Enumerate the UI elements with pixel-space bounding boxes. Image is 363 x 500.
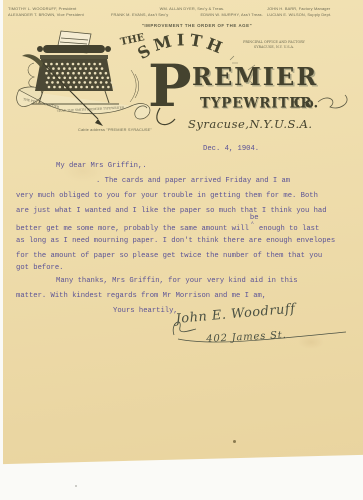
ink-speck bbox=[233, 440, 236, 443]
scanner-speck bbox=[75, 485, 77, 487]
letter-line-4: better get me some more, probably the sa… bbox=[16, 222, 319, 234]
letter-paper: TIMOTHY L. WOODRUFF, President ALEXANDER… bbox=[3, 0, 363, 466]
letter-date: Dec. 4, 1904. bbox=[203, 145, 259, 154]
caret-mark: ^ bbox=[251, 220, 254, 229]
letter-line-9: matter. With kindest regards from Mr Mor… bbox=[16, 292, 266, 301]
brand-initial-p: P bbox=[148, 52, 192, 120]
signature-flourish bbox=[168, 305, 353, 350]
letter-line-2: very much obliged to you for your troubl… bbox=[16, 192, 318, 201]
officers-left-2: ALEXANDER T. BROWN, Vice President bbox=[8, 12, 84, 17]
letter-line-1: . The cards and paper arrived Friday and… bbox=[96, 177, 290, 186]
letter-line-6: for the amount of paper so please get tw… bbox=[16, 252, 322, 261]
officers-center-row: FRANK M. EVANS, Ass't Sec'y EDWIN W. MUR… bbox=[111, 12, 263, 17]
line4-after: enough to last bbox=[259, 225, 319, 233]
insertion-mark: be^ bbox=[249, 222, 259, 230]
letter-salutation: My dear Mrs Griffin,. bbox=[56, 162, 147, 171]
letter-line-8: Many thanks, Mrs Griffin, for your very … bbox=[56, 277, 298, 286]
brand-remier: REMIER bbox=[192, 62, 318, 91]
officers-center-2b: EDWIN W. MURPHY, Ass't Treas. bbox=[200, 12, 263, 17]
brand-co: Co. bbox=[294, 96, 318, 112]
scanned-letter-page: { "page": { "background": "#fafaf7", "pa… bbox=[0, 0, 363, 500]
office-note-2: SYRACUSE, N.Y. U.S.A. bbox=[254, 45, 294, 49]
officers-center-2a: FRANK M. EVANS, Ass't Sec'y bbox=[111, 12, 168, 17]
brand-location: Syracuse,N.Y.U.S.A. bbox=[188, 117, 313, 131]
office-note-1: PRINCIPAL OFFICE AND FACTORY bbox=[243, 40, 306, 44]
letter-line-3: are just what I wanted and I like the pa… bbox=[16, 207, 327, 216]
letter-line-5: as long as I need mourning paper. I don'… bbox=[16, 237, 335, 246]
company-motto: "IMPROVEMENT THE ORDER OF THE AGE" bbox=[121, 23, 273, 29]
officers-right-2: LUCIAN E. WILSON, Supply Dept. bbox=[267, 12, 331, 17]
brand-logotype: THE SMITH PRINCIPAL OFFICE AND FACTORY S… bbox=[112, 30, 363, 136]
line4-before: better get me some more, probably the sa… bbox=[16, 225, 249, 233]
letter-line-7: got before. bbox=[16, 264, 63, 273]
